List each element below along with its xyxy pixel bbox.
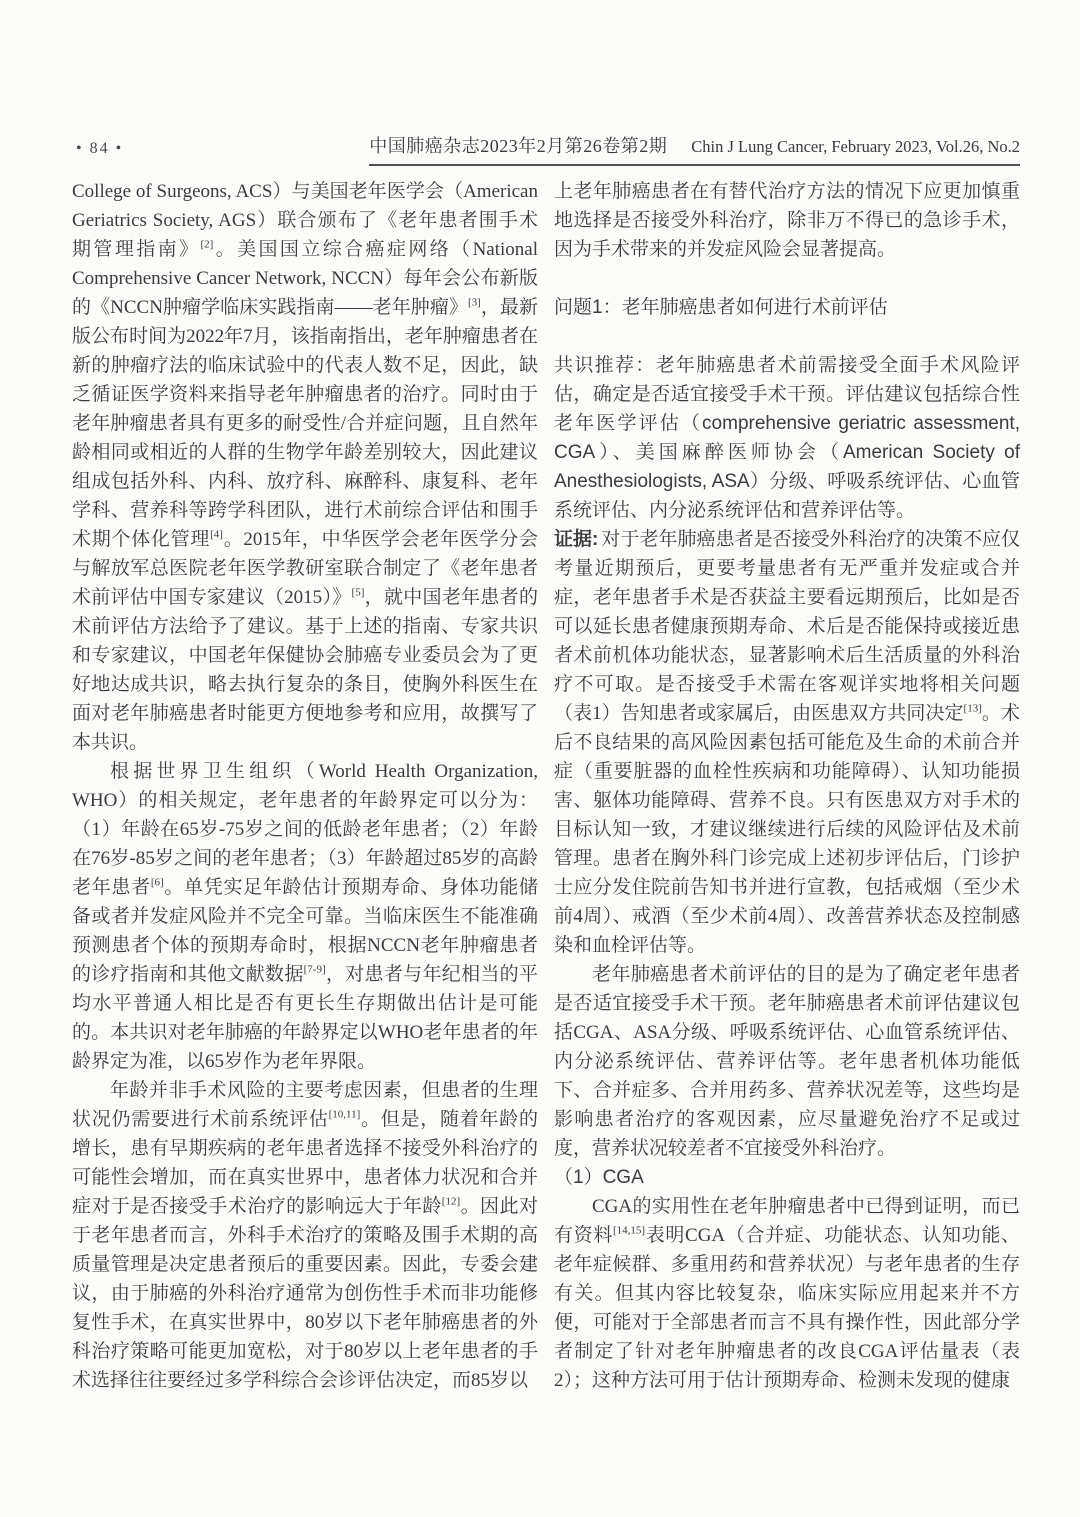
column-left: College of Surgeons, ACS）与美国老年医学会（Americ…: [72, 177, 538, 1395]
citation-ref: [2]: [200, 239, 213, 251]
paragraph-evidence: 证据:对于老年肺癌患者是否接受外科治疗的决策不应仅考量近期预后，更要考量患者有无…: [554, 525, 1020, 960]
journal-title-block: 中国肺癌杂志2023年2月第26卷第2期 Chin J Lung Cancer,…: [369, 132, 1020, 166]
cga-section-heading: （1）CGA: [554, 1163, 1020, 1192]
citation-ref: [13]: [964, 703, 982, 715]
article-body: College of Surgeons, ACS）与美国老年医学会（Americ…: [72, 177, 1020, 1395]
running-head: • 84 • 中国肺癌杂志2023年2月第26卷第2期 Chin J Lung …: [76, 132, 1020, 166]
paragraph-evaluation-purpose: 老年肺癌患者术前评估的目的是为了确定老年患者是否适宜接受手术干预。老年肺癌患者术…: [554, 960, 1020, 1163]
paragraph-consensus-recommendation: 共识推荐：老年肺癌患者术前需接受全面手术风险评估，确定是否适宜接受手术干预。评估…: [554, 351, 1020, 525]
journal-title-english: Chin J Lung Cancer, February 2023, Vol.2…: [691, 137, 1020, 157]
journal-page: • 84 • 中国肺癌杂志2023年2月第26卷第2期 Chin J Lung …: [0, 0, 1080, 1517]
citation-ref: [4]: [210, 529, 223, 541]
paragraph-age-surgical-risk: 年龄并非手术风险的主要考虑因素，但患者的生理状况仍需要进行术前系统评估[10,1…: [72, 1076, 538, 1395]
citation-ref: [5]: [352, 587, 365, 599]
citation-ref: [6]: [151, 877, 164, 889]
citation-ref: [7-9]: [304, 964, 326, 976]
page-number: • 84 •: [76, 140, 123, 166]
paragraph-continuation-elderly-surgery: 上老年肺癌患者在有替代治疗方法的情况下应更加慎重地选择是否接受外科治疗，除非万不…: [554, 177, 1020, 264]
evidence-label: 证据:: [554, 529, 598, 550]
journal-title-chinese: 中国肺癌杂志2023年2月第26卷第2期: [369, 132, 667, 158]
question-1-heading: 问题1：老年肺癌患者如何进行术前评估: [554, 293, 1020, 322]
citation-ref: [12]: [442, 1196, 460, 1208]
paragraph-cga-utility: CGA的实用性在老年肿瘤患者中已得到证明，而已有资料[14,15]表明CGA（合…: [554, 1192, 1020, 1395]
citation-ref: [14,15]: [613, 1225, 645, 1237]
paragraph-who-age-definition: 根据世界卫生组织（World Health Organization, WHO）…: [72, 757, 538, 1076]
citation-ref: [3]: [468, 297, 481, 309]
paragraph-guidelines-background: College of Surgeons, ACS）与美国老年医学会（Americ…: [72, 177, 538, 757]
citation-ref: [10,11]: [329, 1109, 361, 1121]
column-right: 上老年肺癌患者在有替代治疗方法的情况下应更加慎重地选择是否接受外科治疗，除非万不…: [554, 177, 1020, 1395]
evidence-text: 对于老年肺癌患者是否接受外科治疗的决策不应仅考量近期预后，更要考量患者有无严重并…: [554, 529, 1020, 956]
